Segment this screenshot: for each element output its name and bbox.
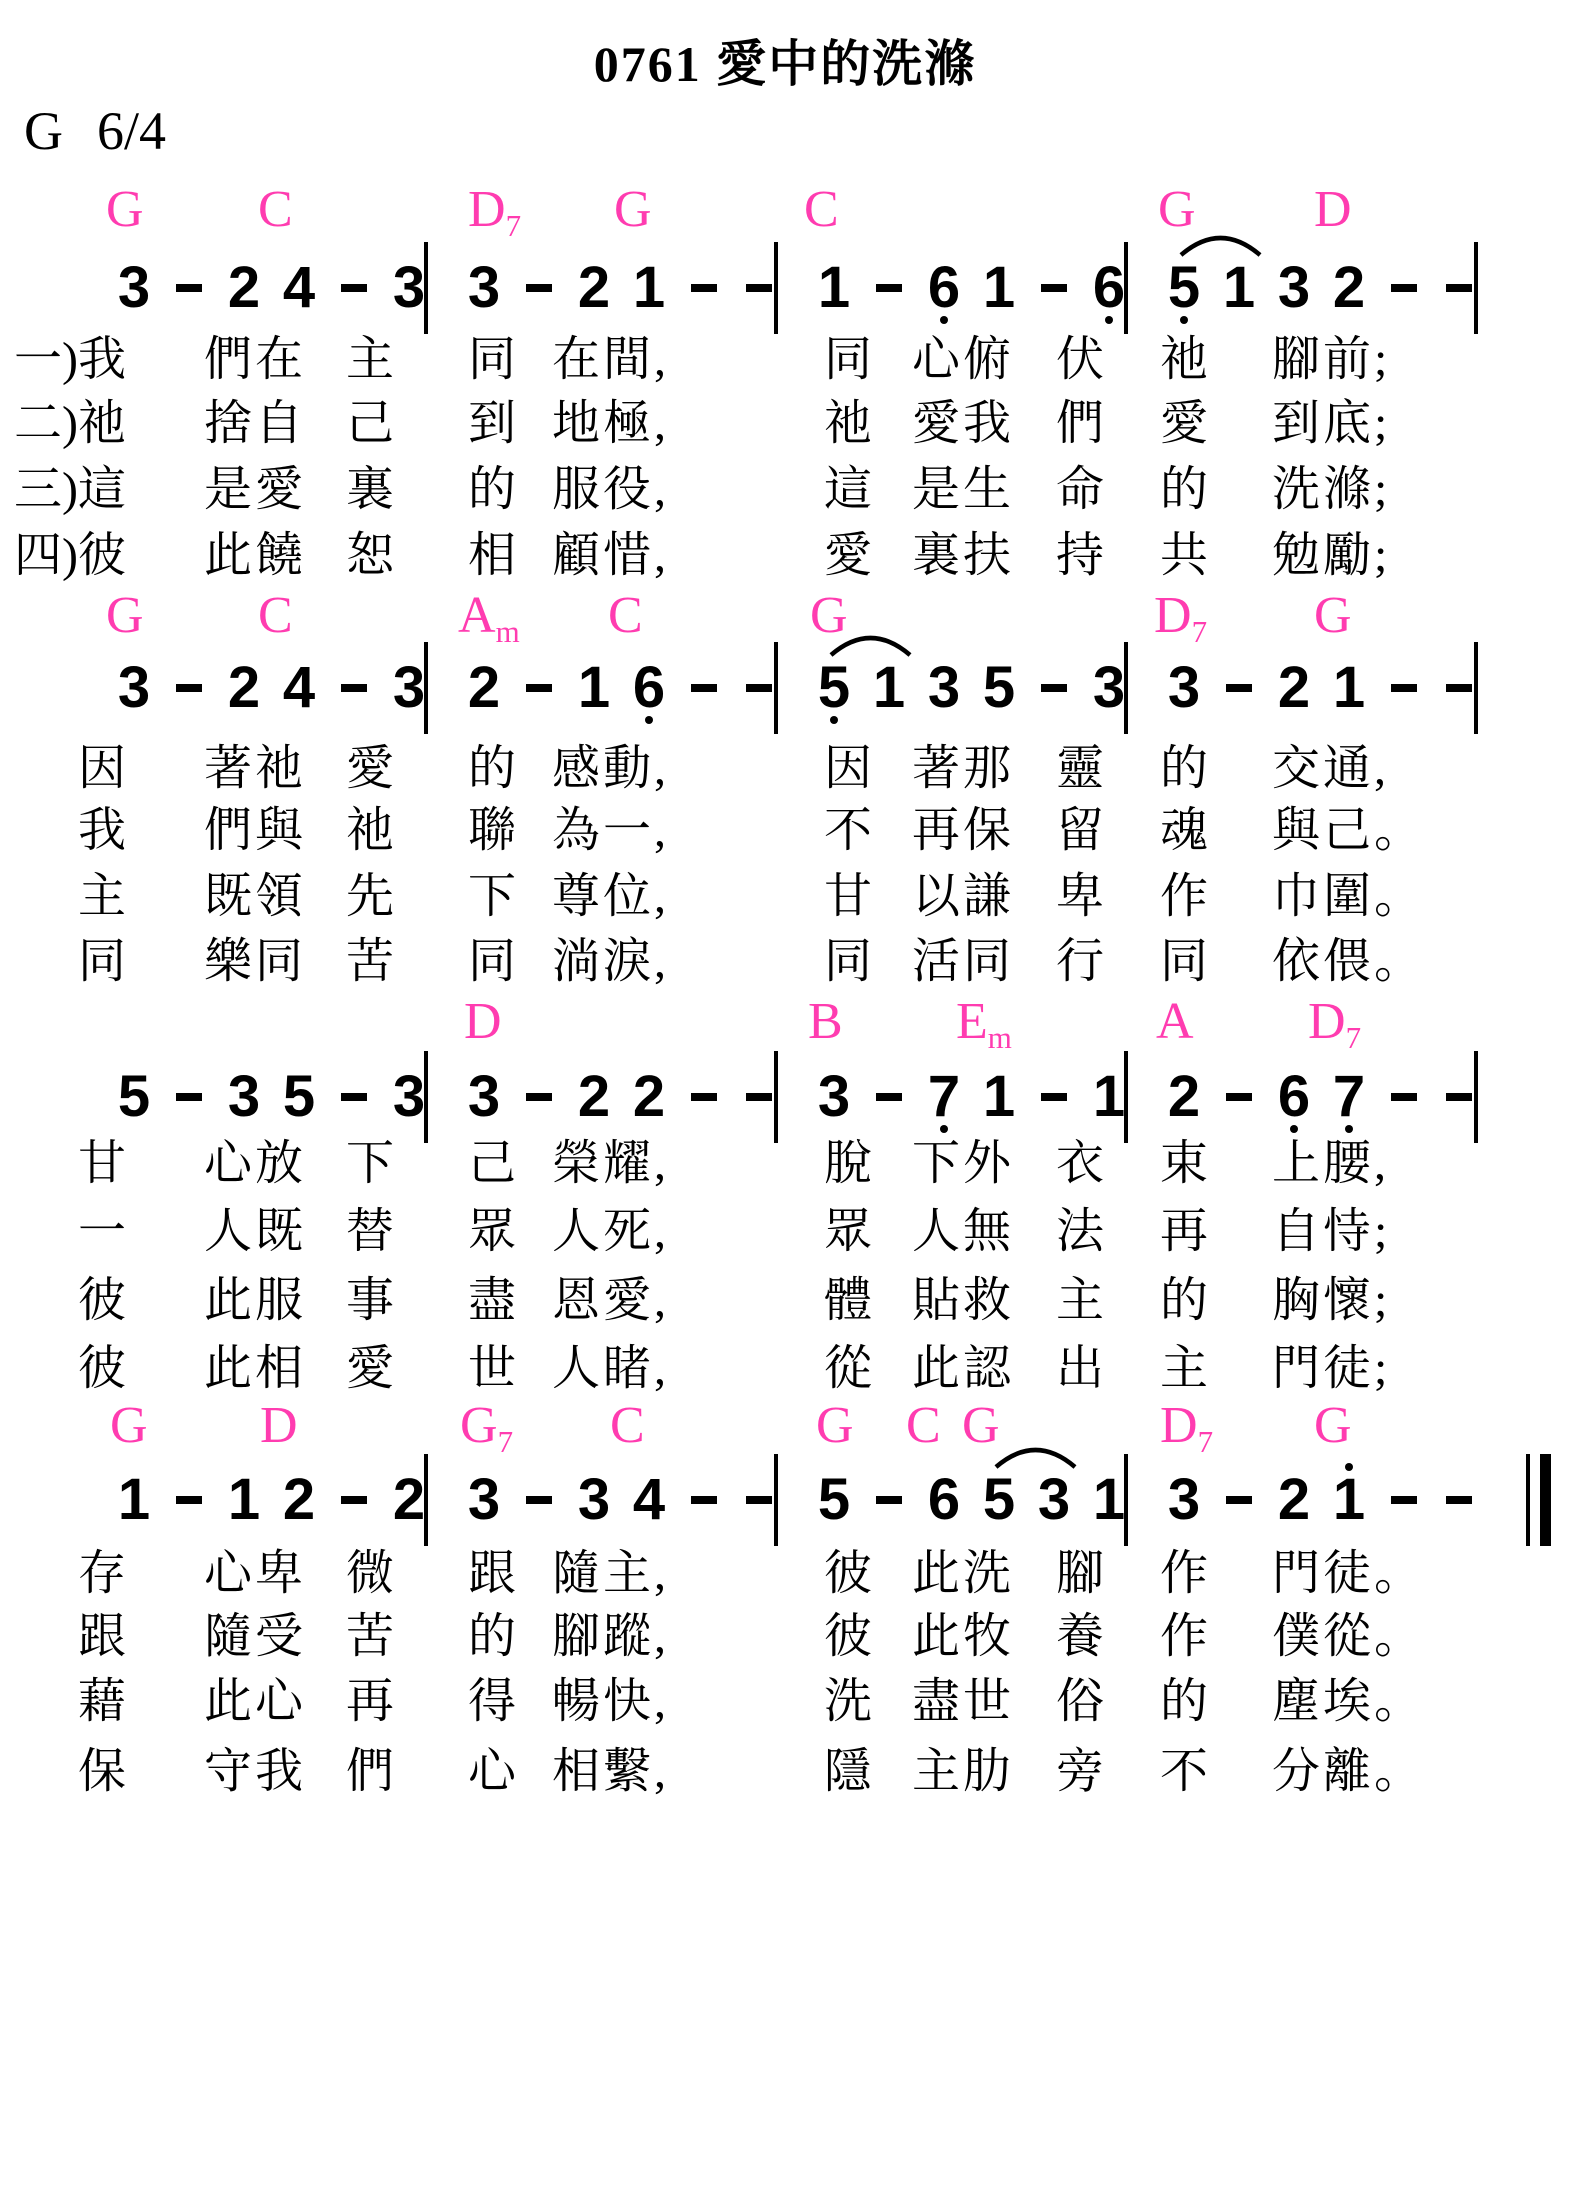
- lyric-cell: 同: [78, 936, 129, 988]
- lyric-cell: 盡世: [912, 1676, 1014, 1728]
- duration-dash: [731, 240, 787, 336]
- lyric-cell: 體: [824, 1275, 875, 1327]
- lyric-cell: 塵埃。: [1272, 1676, 1425, 1728]
- duration-dash: [676, 640, 732, 736]
- duration-dash: [1376, 240, 1432, 336]
- verse-number: 二): [14, 398, 78, 450]
- note: 1: [1081, 1452, 1137, 1548]
- note: 3: [456, 1049, 512, 1145]
- chord-symbol: G7: [460, 1400, 513, 1452]
- lyric-cell: 愛我: [912, 398, 1014, 450]
- lyric-cell: 以謙: [912, 871, 1014, 923]
- lyric-cell: 人無: [912, 1206, 1014, 1258]
- lyric-row: 我們與祂聯為一,不再保留魂與己。: [0, 805, 1570, 859]
- lyric-cell: 腳前;: [1272, 334, 1390, 386]
- duration-dash: [1431, 1049, 1487, 1145]
- lyric-cell: 同: [824, 334, 875, 386]
- lyric-cell: 隨主,: [552, 1548, 669, 1600]
- lyric-cell: 分離。: [1272, 1746, 1425, 1798]
- lyric-cell: 祂: [1160, 334, 1211, 386]
- duration-dash: [1211, 640, 1267, 736]
- lyric-cell: 再保: [912, 805, 1014, 857]
- lyric-cell: 胸懷;: [1272, 1275, 1390, 1327]
- lyric-cell: 顧惜,: [552, 530, 669, 582]
- note: 3: [1266, 240, 1322, 336]
- barline: [774, 1454, 778, 1546]
- music-row: 112233456531321: [0, 1452, 1570, 1552]
- key-letter: G: [24, 101, 63, 161]
- lyric-cell: 們在: [204, 334, 306, 386]
- chord-symbol: D7: [1308, 996, 1361, 1048]
- lyric-row: 三)這是愛裏的服役,這是生命的洗滌;: [0, 464, 1570, 518]
- chord-symbol: C: [258, 184, 293, 236]
- note: 2: [216, 240, 272, 336]
- lyric-cell: 人睹,: [552, 1343, 669, 1395]
- lyric-cell: 替: [346, 1206, 397, 1258]
- duration-dash: [326, 640, 382, 736]
- lyric-cell: 下外: [912, 1138, 1014, 1190]
- lyric-cell: 盡: [468, 1275, 519, 1327]
- note: 5: [971, 640, 1027, 736]
- lyric-cell: 聯: [468, 805, 519, 857]
- barline: [1124, 642, 1128, 734]
- duration-dash: [676, 240, 732, 336]
- barline: [774, 642, 778, 734]
- chord-symbol: C: [610, 1400, 645, 1452]
- lyric-cell: 恩愛,: [552, 1275, 669, 1327]
- lyric-cell: 己: [468, 1138, 519, 1190]
- lyric-cell: 養: [1056, 1611, 1107, 1663]
- lyric-cell: 主肋: [912, 1746, 1014, 1798]
- lyric-cell: 跟: [78, 1611, 129, 1663]
- lyric-cell: 祂: [78, 398, 129, 450]
- chord-symbol: A: [1156, 996, 1194, 1048]
- note: 3: [1156, 1452, 1212, 1548]
- barline: [424, 642, 428, 734]
- lyric-cell: 祂: [824, 398, 875, 450]
- lyric-cell: 同: [468, 334, 519, 386]
- lyric-cell: 的: [468, 1611, 519, 1663]
- lyric-cell: 們: [346, 1746, 397, 1798]
- duration-dash: [511, 640, 567, 736]
- sheet-music-page: 0761 愛中的洗滌 G6/4 GCD7GCGD324332116165132一…: [0, 0, 1570, 2200]
- lyric-cell: 是生: [912, 464, 1014, 516]
- note: 1: [806, 240, 862, 336]
- note: 3: [566, 1452, 622, 1548]
- chord-symbol: G: [1314, 590, 1352, 642]
- lyric-cell: 事: [346, 1275, 397, 1327]
- chord-symbol: G: [816, 1400, 854, 1452]
- slur-arc: [993, 1442, 1078, 1470]
- lyric-cell: 到底;: [1272, 398, 1390, 450]
- lyric-cell: 不: [824, 805, 875, 857]
- duration-dash: [1026, 240, 1082, 336]
- note: 1: [566, 640, 622, 736]
- barline: [424, 1051, 428, 1143]
- note: 5: [806, 1452, 862, 1548]
- chord-symbol: G: [110, 1400, 148, 1452]
- lyric-row: 同樂同苦同淌淚,同活同行同依偎。: [0, 936, 1570, 990]
- duration-dash: [1376, 1452, 1432, 1548]
- barline: [774, 1051, 778, 1143]
- lyric-cell: 服役,: [552, 464, 669, 516]
- lyric-cell: 著那: [912, 743, 1014, 795]
- note: 3: [916, 640, 972, 736]
- duration-dash: [326, 240, 382, 336]
- lyric-cell: 是愛: [204, 464, 306, 516]
- note: 2: [381, 1452, 437, 1548]
- chord-symbol: G: [106, 590, 144, 642]
- duration-dash: [676, 1049, 732, 1145]
- lyric-cell: 自恃;: [1272, 1206, 1390, 1258]
- lyric-cell: 行: [1056, 936, 1107, 988]
- lyric-cell: 彼: [824, 1611, 875, 1663]
- lyric-cell: 樂同: [204, 936, 306, 988]
- duration-dash: [161, 1049, 217, 1145]
- lyric-cell: 世: [468, 1343, 519, 1395]
- lyric-cell: 心俯: [912, 334, 1014, 386]
- lyric-cell: 此相: [204, 1343, 306, 1395]
- barline: [774, 242, 778, 334]
- lyric-row: 一人既替眾人死,眾人無法再自恃;: [0, 1206, 1570, 1260]
- chord-symbol: G: [614, 184, 652, 236]
- note: 3: [456, 1452, 512, 1548]
- verse-number: 三): [14, 464, 78, 516]
- note: 2: [621, 1049, 677, 1145]
- note: 2: [1266, 640, 1322, 736]
- lyric-cell: 僕從。: [1272, 1611, 1425, 1663]
- note: 3: [381, 240, 437, 336]
- lyric-cell: 同: [1160, 936, 1211, 988]
- lyric-cell: 們與: [204, 805, 306, 857]
- lyric-cell: 留: [1056, 805, 1107, 857]
- duration-dash: [161, 1452, 217, 1548]
- lyric-cell: 共: [1160, 530, 1211, 582]
- chord-symbol: C: [258, 590, 293, 642]
- lyric-cell: 存: [78, 1548, 129, 1600]
- lyric-cell: 跟: [468, 1548, 519, 1600]
- music-row: 53533223711267: [0, 1049, 1570, 1149]
- duration-dash: [161, 640, 217, 736]
- chord-symbol: D: [260, 1400, 298, 1452]
- duration-dash: [861, 240, 917, 336]
- lyric-cell: 交通,: [1272, 743, 1389, 795]
- lyric-cell: 卑: [1056, 871, 1107, 923]
- duration-dash: [1211, 1049, 1267, 1145]
- chord-symbol: C: [804, 184, 839, 236]
- lyric-cell: 上腰,: [1272, 1138, 1389, 1190]
- lyric-cell: 隱: [824, 1746, 875, 1798]
- lyric-cell: 這: [78, 464, 129, 516]
- lyric-cell: 伏: [1056, 334, 1107, 386]
- duration-dash: [511, 1049, 567, 1145]
- barline: [1124, 242, 1128, 334]
- note: 7: [1321, 1049, 1377, 1145]
- lyric-cell: 彼: [824, 1548, 875, 1600]
- lyric-cell: 彼: [78, 530, 129, 582]
- lyric-cell: 這: [824, 464, 875, 516]
- lyric-cell: 我: [78, 805, 129, 857]
- lyric-cell: 魂: [1160, 805, 1211, 857]
- slur-arc: [1178, 230, 1263, 258]
- lyric-cell: 洗: [824, 1676, 875, 1728]
- note: 3: [381, 640, 437, 736]
- lyric-cell: 下: [346, 1138, 397, 1190]
- lyric-cell: 心: [468, 1746, 519, 1798]
- lyric-cell: 主: [1160, 1343, 1211, 1395]
- chord-symbol: D: [464, 996, 502, 1048]
- barline: [1124, 1454, 1128, 1546]
- lyric-cell: 愛: [824, 530, 875, 582]
- lyric-cell: 在間,: [552, 334, 669, 386]
- lyric-cell: 的: [468, 743, 519, 795]
- note: 4: [621, 1452, 677, 1548]
- duration-dash: [731, 1452, 787, 1548]
- lyric-cell: 淌淚,: [552, 936, 669, 988]
- lyric-cell: 保: [78, 1746, 129, 1798]
- duration-dash: [511, 240, 567, 336]
- note: 3: [106, 240, 162, 336]
- lyric-cell: 束: [1160, 1138, 1211, 1190]
- note: 4: [271, 640, 327, 736]
- note: 6: [621, 640, 677, 736]
- lyric-cell: 愛: [346, 743, 397, 795]
- chord-symbol: G: [1314, 1400, 1352, 1452]
- duration-dash: [731, 1049, 787, 1145]
- lyric-cell: 著祂: [204, 743, 306, 795]
- final-barline-thin: [1526, 1454, 1530, 1546]
- lyric-cell: 眾: [824, 1206, 875, 1258]
- duration-dash: [861, 1452, 917, 1548]
- lyric-cell: 靈: [1056, 743, 1107, 795]
- lyric-cell: 祂: [346, 805, 397, 857]
- lyric-cell: 裏: [346, 464, 397, 516]
- chord-symbol: B: [808, 996, 843, 1048]
- note: 6: [916, 240, 972, 336]
- lyric-row: 二)祂捨自己到地極,祂愛我們愛到底;: [0, 398, 1570, 452]
- chord-symbol: C: [906, 1400, 941, 1452]
- lyric-cell: 的: [1160, 464, 1211, 516]
- lyric-cell: 的: [1160, 743, 1211, 795]
- barline: [1124, 1051, 1128, 1143]
- lyric-row: 彼此相愛世人睹,從此認出主門徒;: [0, 1343, 1570, 1397]
- verse-number: 一): [14, 334, 78, 386]
- lyric-cell: 洗滌;: [1272, 464, 1390, 516]
- lyric-row: 跟隨受苦的腳蹤,彼此牧養作僕從。: [0, 1611, 1570, 1665]
- lyric-cell: 此牧: [912, 1611, 1014, 1663]
- chord-row: GDG7CGCGD7G: [0, 1400, 1570, 1456]
- lyric-cell: 先: [346, 871, 397, 923]
- duration-dash: [731, 640, 787, 736]
- lyric-row: 主既領先下尊位,甘以謙卑作巾圍。: [0, 871, 1570, 925]
- lyric-cell: 此心: [204, 1676, 306, 1728]
- lyric-row: 一)我們在主同在間,同心俯伏祂腳前;: [0, 334, 1570, 388]
- lyric-cell: 活同: [912, 936, 1014, 988]
- lyric-cell: 主: [346, 334, 397, 386]
- lyric-cell: 愛: [346, 1343, 397, 1395]
- note: 3: [1081, 640, 1137, 736]
- lyric-cell: 愛: [1160, 398, 1211, 450]
- lyric-cell: 心卑: [204, 1548, 306, 1600]
- lyric-cell: 腳: [1056, 1548, 1107, 1600]
- lyric-row: 因著祂愛的感動,因著那靈的交通,: [0, 743, 1570, 797]
- lyric-cell: 因: [824, 743, 875, 795]
- note: 1: [216, 1452, 272, 1548]
- lyric-cell: 門徒;: [1272, 1343, 1390, 1395]
- chord-symbol: D7: [1160, 1400, 1213, 1452]
- note: 6: [1081, 240, 1137, 336]
- lyric-cell: 主: [1056, 1275, 1107, 1327]
- chord-symbol: Em: [956, 996, 1012, 1048]
- note: 1: [106, 1452, 162, 1548]
- lyric-cell: 感動,: [552, 743, 669, 795]
- duration-dash: [326, 1452, 382, 1548]
- lyric-cell: 依偎。: [1272, 936, 1425, 988]
- note: 3: [1156, 640, 1212, 736]
- note: 3: [216, 1049, 272, 1145]
- lyric-cell: 出: [1056, 1343, 1107, 1395]
- lyric-cell: 一: [78, 1206, 129, 1258]
- lyric-cell: 貼救: [912, 1275, 1014, 1327]
- note: 3: [456, 240, 512, 336]
- lyric-cell: 俗: [1056, 1676, 1107, 1728]
- lyric-cell: 榮耀,: [552, 1138, 669, 1190]
- chord-symbol: G: [106, 184, 144, 236]
- lyric-cell: 彼: [78, 1275, 129, 1327]
- lyric-cell: 主: [78, 871, 129, 923]
- lyric-cell: 此認: [912, 1343, 1014, 1395]
- lyric-cell: 的: [1160, 1676, 1211, 1728]
- note: 1: [1081, 1049, 1137, 1145]
- barline: [424, 1454, 428, 1546]
- lyric-cell: 同: [468, 936, 519, 988]
- lyric-row: 彼此服事盡恩愛,體貼救主的胸懷;: [0, 1275, 1570, 1329]
- note: 5: [106, 1049, 162, 1145]
- note: 3: [381, 1049, 437, 1145]
- note: 1: [1321, 1452, 1377, 1548]
- lyric-cell: 人死,: [552, 1206, 669, 1258]
- lyric-cell: 守我: [204, 1746, 306, 1798]
- lyric-cell: 作: [1160, 1611, 1211, 1663]
- chord-symbol: D7: [1154, 590, 1207, 642]
- lyric-cell: 作: [1160, 871, 1211, 923]
- lyric-cell: 再: [346, 1676, 397, 1728]
- barline: [424, 242, 428, 334]
- lyric-cell: 尊位,: [552, 871, 669, 923]
- chord-symbol: C: [608, 590, 643, 642]
- lyric-cell: 眾: [468, 1206, 519, 1258]
- duration-dash: [861, 1049, 917, 1145]
- lyric-cell: 法: [1056, 1206, 1107, 1258]
- lyric-cell: 到: [468, 398, 519, 450]
- duration-dash: [1211, 1452, 1267, 1548]
- chord-row: DBEmAD7: [0, 996, 1570, 1052]
- lyric-cell: 裏扶: [912, 530, 1014, 582]
- note: 7: [916, 1049, 972, 1145]
- lyric-cell: 門徒。: [1272, 1548, 1425, 1600]
- note: 2: [456, 640, 512, 736]
- duration-dash: [1026, 640, 1082, 736]
- lyric-cell: 甘: [824, 871, 875, 923]
- lyric-cell: 相: [468, 530, 519, 582]
- duration-dash: [1431, 1452, 1487, 1548]
- note: 1: [1321, 640, 1377, 736]
- lyric-cell: 為一,: [552, 805, 669, 857]
- lyric-cell: 作: [1160, 1548, 1211, 1600]
- lyric-cell: 既領: [204, 871, 306, 923]
- lyric-row: 保守我們心相繫,隱主肋旁不分離。: [0, 1746, 1570, 1800]
- chord-symbol: Am: [458, 590, 520, 642]
- chord-row: GCD7GCGD: [0, 184, 1570, 240]
- lyric-cell: 隨受: [204, 1611, 306, 1663]
- lyric-cell: 脫: [824, 1138, 875, 1190]
- barline: [1474, 642, 1478, 734]
- note: 6: [1266, 1049, 1322, 1145]
- note: 2: [1156, 1049, 1212, 1145]
- chord-quality-subscript: 7: [506, 208, 522, 243]
- lyric-cell: 微: [346, 1548, 397, 1600]
- lyric-cell: 勉勵;: [1272, 530, 1390, 582]
- lyric-cell: 苦: [346, 1611, 397, 1663]
- verse-number: 四): [14, 530, 78, 582]
- lyric-cell: 與己。: [1272, 805, 1425, 857]
- duration-dash: [1026, 1049, 1082, 1145]
- music-row: 324332116165132: [0, 240, 1570, 340]
- lyric-cell: 命: [1056, 464, 1107, 516]
- lyric-row: 四)彼此饒恕相顧惜,愛裏扶持共勉勵;: [0, 530, 1570, 584]
- duration-dash: [1431, 240, 1487, 336]
- lyric-cell: 不: [1160, 1746, 1211, 1798]
- time-signature: 6/4: [97, 101, 166, 161]
- barline: [1474, 242, 1478, 334]
- duration-dash: [676, 1452, 732, 1548]
- lyric-cell: 暢快,: [552, 1676, 669, 1728]
- note: 2: [1321, 240, 1377, 336]
- lyric-cell: 從: [824, 1343, 875, 1395]
- lyric-cell: 此洗: [912, 1548, 1014, 1600]
- lyric-cell: 捨自: [204, 398, 306, 450]
- lyric-cell: 地極,: [552, 398, 669, 450]
- note: 2: [216, 640, 272, 736]
- duration-dash: [1376, 1049, 1432, 1145]
- lyric-cell: 相繫,: [552, 1746, 669, 1798]
- note: 1: [971, 1049, 1027, 1145]
- note: 5: [271, 1049, 327, 1145]
- music-row: 324321651353321: [0, 640, 1570, 740]
- lyric-cell: 再: [1160, 1206, 1211, 1258]
- lyric-row: 甘心放下己榮耀,脫下外衣束上腰,: [0, 1138, 1570, 1192]
- lyric-cell: 己: [346, 398, 397, 450]
- lyric-cell: 甘: [78, 1138, 129, 1190]
- chord-symbol: D7: [468, 184, 521, 236]
- lyric-cell: 衣: [1056, 1138, 1107, 1190]
- note: 1: [971, 240, 1027, 336]
- lyric-cell: 下: [468, 871, 519, 923]
- lyric-cell: 藉: [78, 1676, 129, 1728]
- duration-dash: [511, 1452, 567, 1548]
- lyric-cell: 心放: [204, 1138, 306, 1190]
- note: 1: [621, 240, 677, 336]
- song-title: 0761 愛中的洗滌: [0, 24, 1570, 96]
- lyric-cell: 此服: [204, 1275, 306, 1327]
- lyric-cell: 持: [1056, 530, 1107, 582]
- note: 3: [106, 640, 162, 736]
- lyric-row: 存心卑微跟隨主,彼此洗腳作門徒。: [0, 1548, 1570, 1602]
- key-signature-line: G6/4: [24, 100, 166, 162]
- note: 2: [271, 1452, 327, 1548]
- lyric-cell: 我: [78, 334, 129, 386]
- duration-dash: [326, 1049, 382, 1145]
